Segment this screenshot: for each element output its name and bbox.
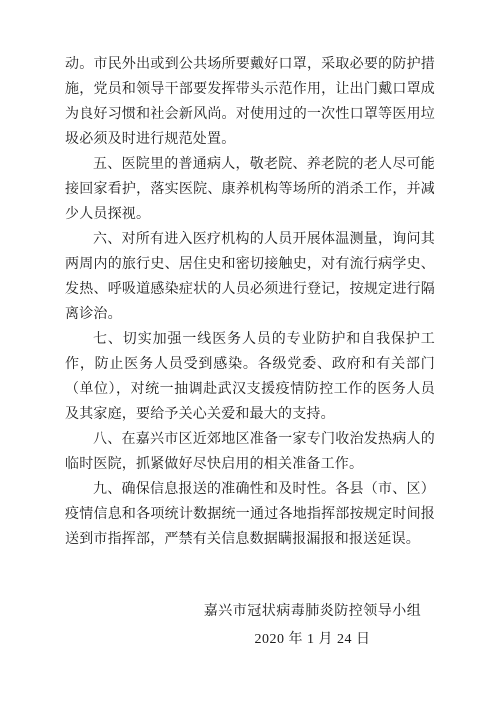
paragraph-item-7: 七、切实加强一线医务人员的专业防护和自我保护工作，防止医务人员受到感染。各级党委… (65, 327, 435, 427)
paragraph-item-9: 九、确保信息报送的准确性和及时性。各县（市、区）疫情信息和各项统计数据统一通过各… (65, 477, 435, 552)
signature-block: 嘉兴市冠状病毒肺炎防控领导小组 2020 年 1 月 24 日 (160, 598, 465, 654)
paragraph-item-8: 八、在嘉兴市区近郊地区准备一家专门收治发热病人的临时医院，抓紧做好尽快启用的相关… (65, 427, 435, 477)
paragraph-continuation: 动。市民外出或到公共场所要戴好口罩，采取必要的防护措施，党员和领导干部要发挥带头… (65, 52, 435, 152)
signature-date: 2020 年 1 月 24 日 (160, 626, 465, 654)
document-body: 动。市民外出或到公共场所要戴好口罩，采取必要的防护措施，党员和领导干部要发挥带头… (65, 52, 435, 552)
signature-organization: 嘉兴市冠状病毒肺炎防控领导小组 (160, 598, 465, 626)
document-page: 动。市民外出或到公共场所要戴好口罩，采取必要的防护措施，党员和领导干部要发挥带头… (0, 0, 500, 707)
paragraph-item-6: 六、对所有进入医疗机构的人员开展体温测量，询问其两周内的旅行史、居住史和密切接触… (65, 227, 435, 327)
paragraph-item-5: 五、医院里的普通病人，敬老院、养老院的老人尽可能接回家看护，落实医院、康养机构等… (65, 152, 435, 227)
